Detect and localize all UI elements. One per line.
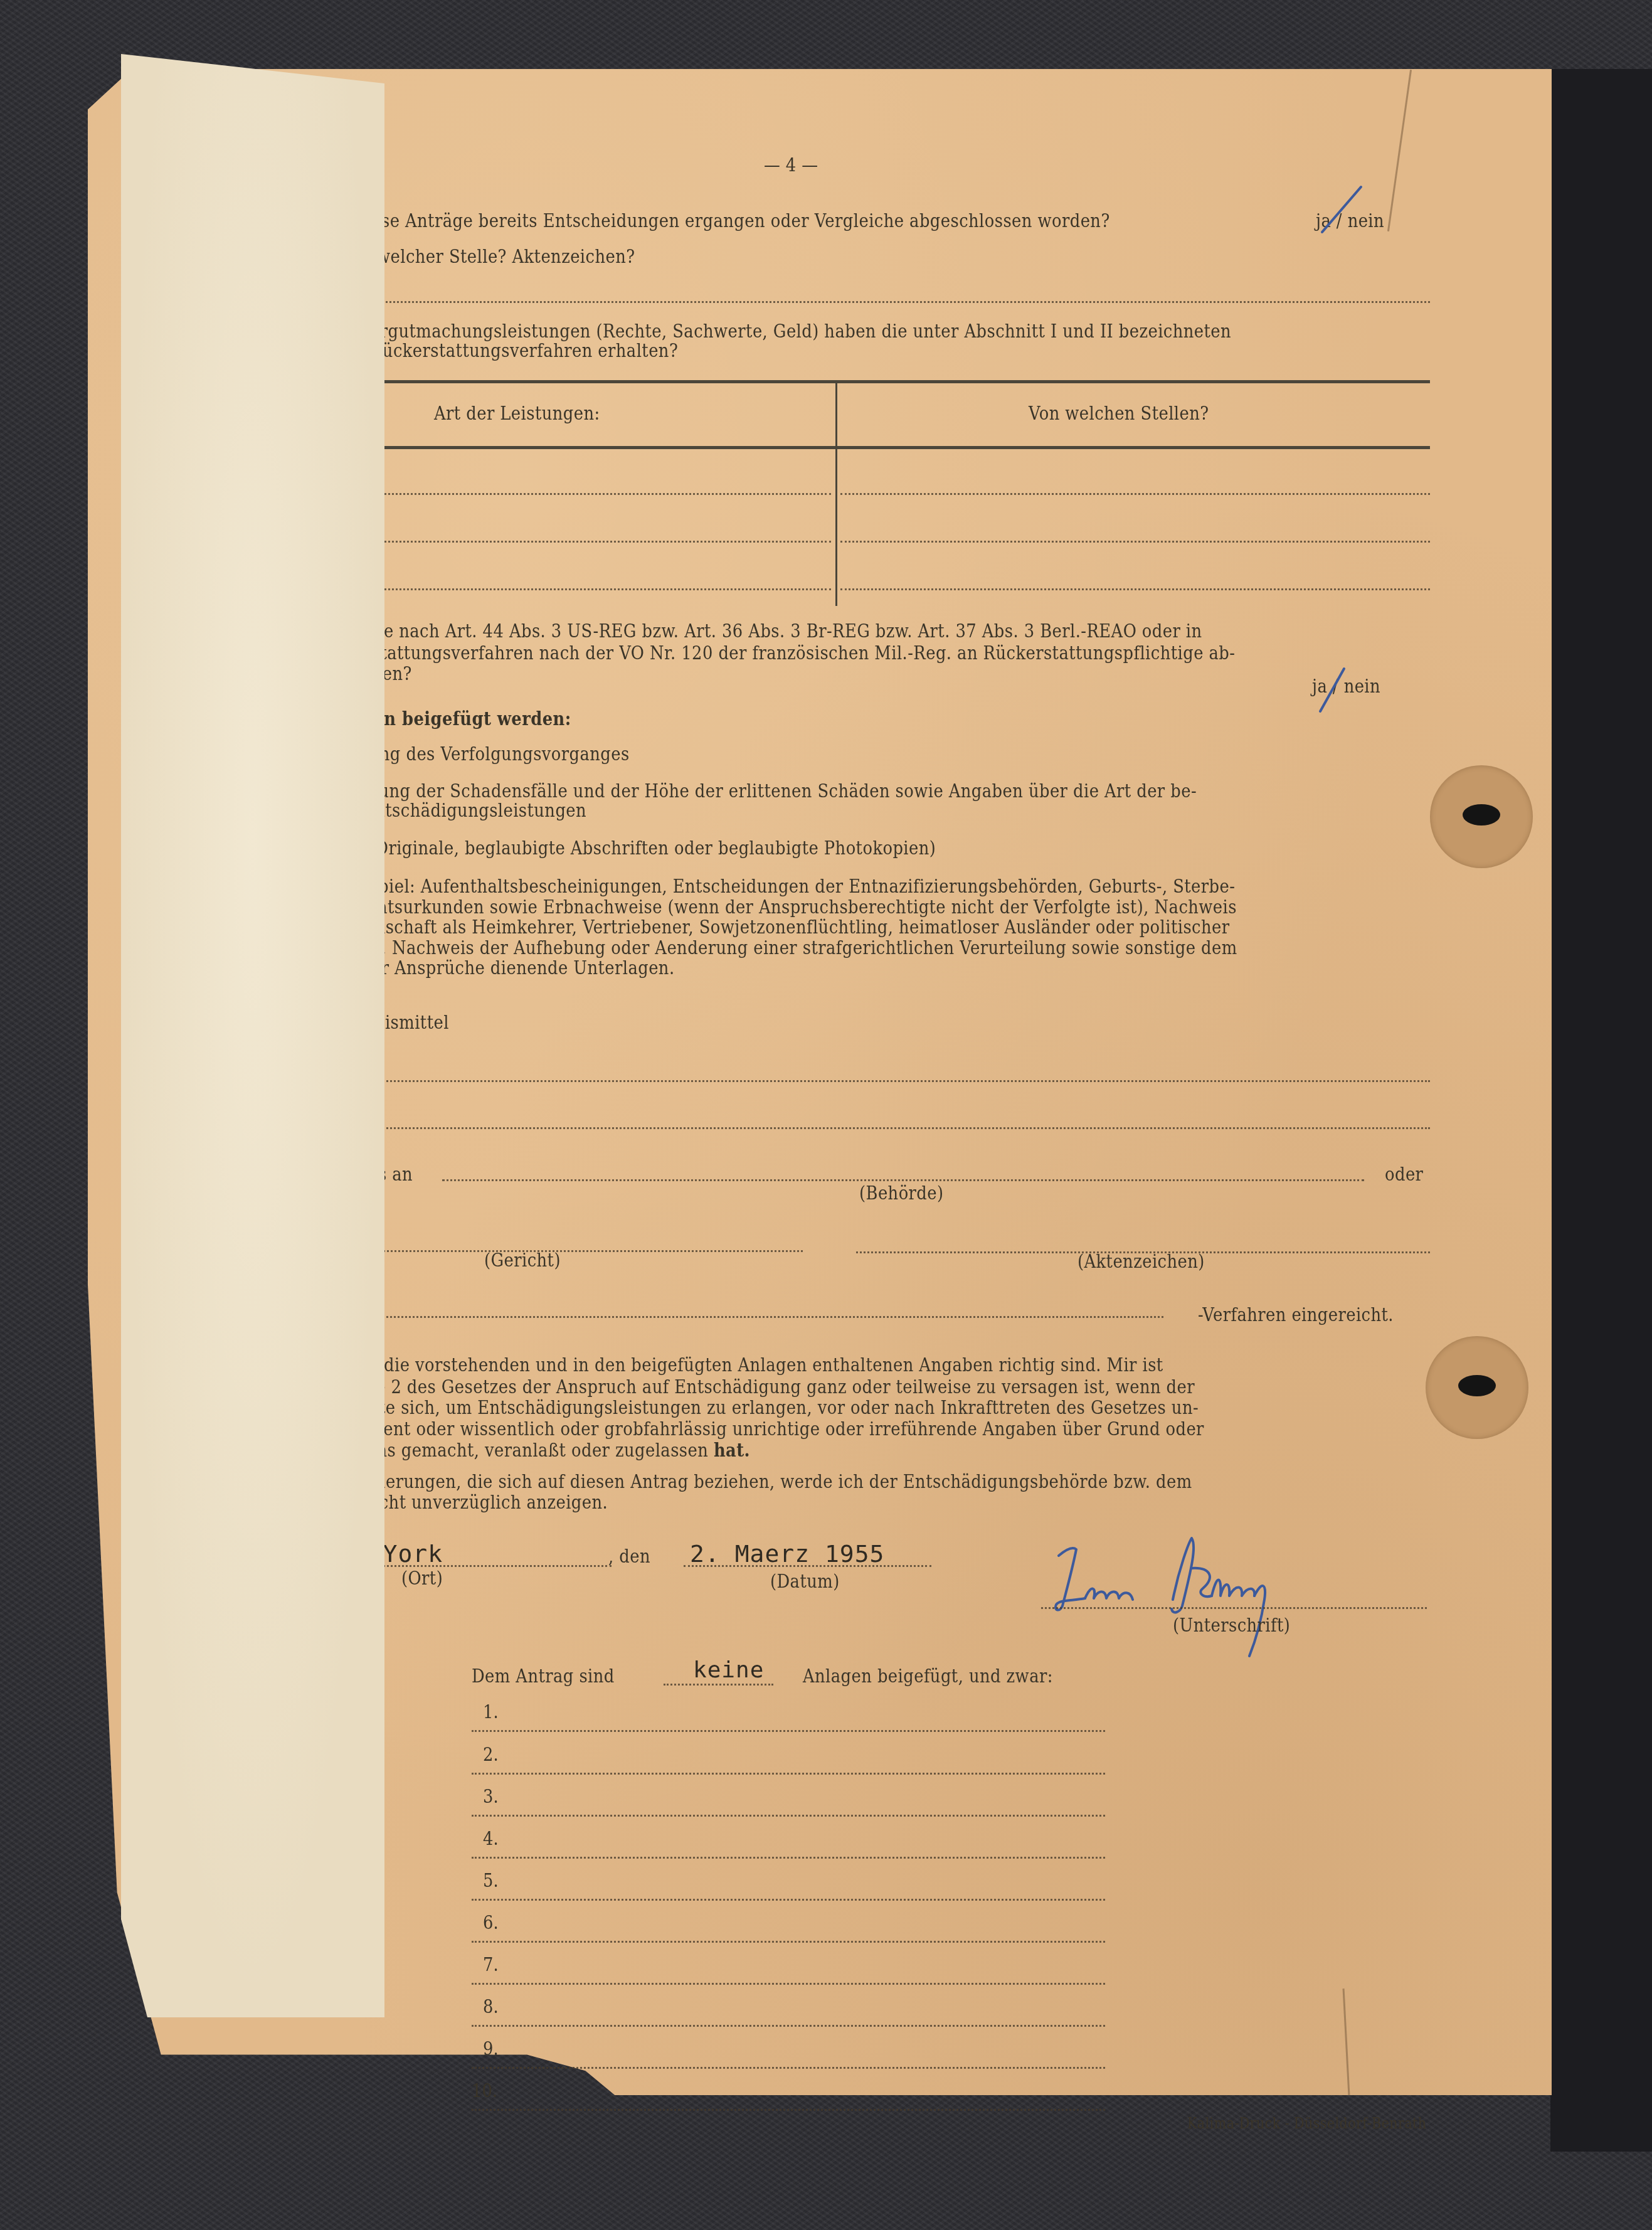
declaration-line2: nach § 2 des Gesetzes der Anspruch auf E… (331, 1377, 1195, 1398)
enclosure-number: 6. (483, 1912, 499, 1934)
example-line2: eiratsurkunden sowie Erbnachweise (wenn … (354, 897, 1237, 918)
procedure-suffix: -Verfahren eingereicht. (1198, 1305, 1394, 1326)
page-number: — 4 — (764, 155, 818, 176)
date-value[interactable]: 2. Maerz 1955 (690, 1540, 884, 1568)
pen-strike-icon (1317, 182, 1367, 238)
attachments-item2-line1: erung der Schadensfälle und der Höhe der… (361, 781, 1197, 802)
enclosure-field[interactable] (472, 2067, 1105, 2069)
enclosures-suffix: Anlagen beigefügt, und zwar: (803, 1666, 1053, 1687)
or-label: oder (1385, 1164, 1423, 1186)
attachments-item3: l (Originale, beglaubigte Abschriften od… (357, 838, 936, 859)
procedure-field[interactable] (323, 1316, 1163, 1318)
enclosure-field[interactable] (472, 1899, 1105, 1901)
changes-line1: Veränderungen, die sich auf diesen Antra… (326, 1472, 1192, 1493)
enclosure-number: 9. (483, 2038, 499, 2060)
signature-field[interactable] (1041, 1607, 1427, 1609)
binder-spine (1550, 69, 1652, 2152)
enclosure-number: 10. (472, 2080, 497, 2102)
attachments-heading: llen beigefügt werden: (361, 709, 571, 730)
enclosure-number: 4. (483, 1828, 499, 1850)
table-row[interactable] (339, 493, 831, 495)
evidence-line[interactable] (323, 1127, 1430, 1129)
attachments-item2-line2: Entschädigungsleistungen (363, 800, 586, 822)
example-line1: eispiel: Aufenthaltsbescheinigungen, Ent… (354, 876, 1235, 898)
pen-strike-icon (1314, 665, 1352, 715)
table-row[interactable] (840, 493, 1430, 495)
attachments-item1: rung des Verfolgungsvorganges (361, 744, 630, 765)
declaration-line1: e, daß die vorstehenden und in den beige… (326, 1355, 1163, 1376)
table-header-source: Von welchen Stellen? (1029, 403, 1209, 425)
enclosure-number: 8. (483, 1996, 499, 2018)
declaration-line5-bold: hat. (714, 1440, 750, 1462)
authority-caption: (Behörde) (859, 1183, 943, 1204)
enclosure-number: 7. (483, 1954, 499, 1976)
place-caption: (Ort) (401, 1568, 443, 1590)
enclosure-number: 3. (483, 1786, 499, 1808)
decisions-question: se Anträge bereits Entscheidungen ergang… (381, 211, 1110, 232)
enclosure-number: 5. (483, 1870, 499, 1892)
example-line4: ing, Nachweis der Aufhebung oder Aenderu… (354, 938, 1237, 959)
table-row[interactable] (339, 541, 831, 543)
declaration-line5: chadens gemacht, veranlaßt oder zugelass… (326, 1440, 750, 1462)
court-caption: (Gericht) (484, 1250, 561, 1272)
enclosure-field[interactable] (472, 1941, 1105, 1943)
table-row[interactable] (840, 541, 1430, 543)
enclosure-field[interactable] (472, 1773, 1105, 1775)
table-row[interactable] (339, 588, 831, 590)
signature-caption: (Unterschrift) (1173, 1615, 1290, 1637)
den-label: , den (608, 1546, 650, 1568)
date-field[interactable] (684, 1565, 931, 1567)
decisions-answer-line[interactable] (370, 301, 1430, 303)
enclosure-field[interactable] (472, 1815, 1105, 1817)
enclosure-number: 1. (483, 1701, 499, 1723)
court-field[interactable] (323, 1250, 803, 1252)
punch-hole-ring-icon (1430, 765, 1533, 868)
enclosure-field[interactable] (472, 1983, 1105, 1985)
benefits-question-line2: Rückerstattungsverfahren erhalten? (370, 341, 678, 362)
enclosure-field[interactable] (472, 2025, 1105, 2027)
example-line3: genschaft als Heimkehrer, Vertriebener, … (354, 917, 1229, 938)
signature-handwritten (1047, 1531, 1330, 1669)
example-line5: der Ansprüche dienende Unterlagen. (361, 958, 675, 979)
claims-line1: che nach Art. 44 Abs. 3 US-REG bzw. Art.… (364, 621, 1202, 642)
printer-imprint: Kalima-Druck - Düsseldorf-Benrath (1187, 2113, 1427, 2134)
enclosure-field[interactable] (472, 1730, 1105, 1732)
table-header-type: Art der Leistungen: (434, 403, 600, 425)
punch-hole-ring-icon (1426, 1336, 1528, 1439)
decisions-followup: welcher Stelle? Aktenzeichen? (376, 247, 635, 268)
date-caption: (Datum) (770, 1571, 840, 1593)
evidence-line[interactable] (323, 1080, 1430, 1082)
enclosure-field[interactable] (472, 1857, 1105, 1859)
claims-line2: rstattungsverfahren nach der VO Nr. 120 … (364, 643, 1235, 664)
enclosures-count-field[interactable] (664, 1684, 773, 1686)
overlay-paper-strip (121, 54, 384, 2017)
declaration-line4: el bedient oder wissentlich oder grobfah… (326, 1419, 1204, 1440)
enclosures-count-value[interactable]: keine (693, 1657, 764, 1683)
enclosures-prefix: Dem Antrag sind (472, 1666, 615, 1687)
enclosure-field[interactable] (472, 2109, 1105, 2111)
table-row[interactable] (840, 588, 1430, 590)
declaration-line3: echtigte sich, um Entschädigungsleistung… (326, 1398, 1199, 1419)
benefits-question-line1: ergutmachungsleistungen (Rechte, Sachwer… (370, 321, 1231, 342)
file-number-caption: (Aktenzeichen) (1078, 1251, 1205, 1273)
enclosure-number: 2. (483, 1744, 499, 1766)
authority-field[interactable] (442, 1179, 1364, 1181)
